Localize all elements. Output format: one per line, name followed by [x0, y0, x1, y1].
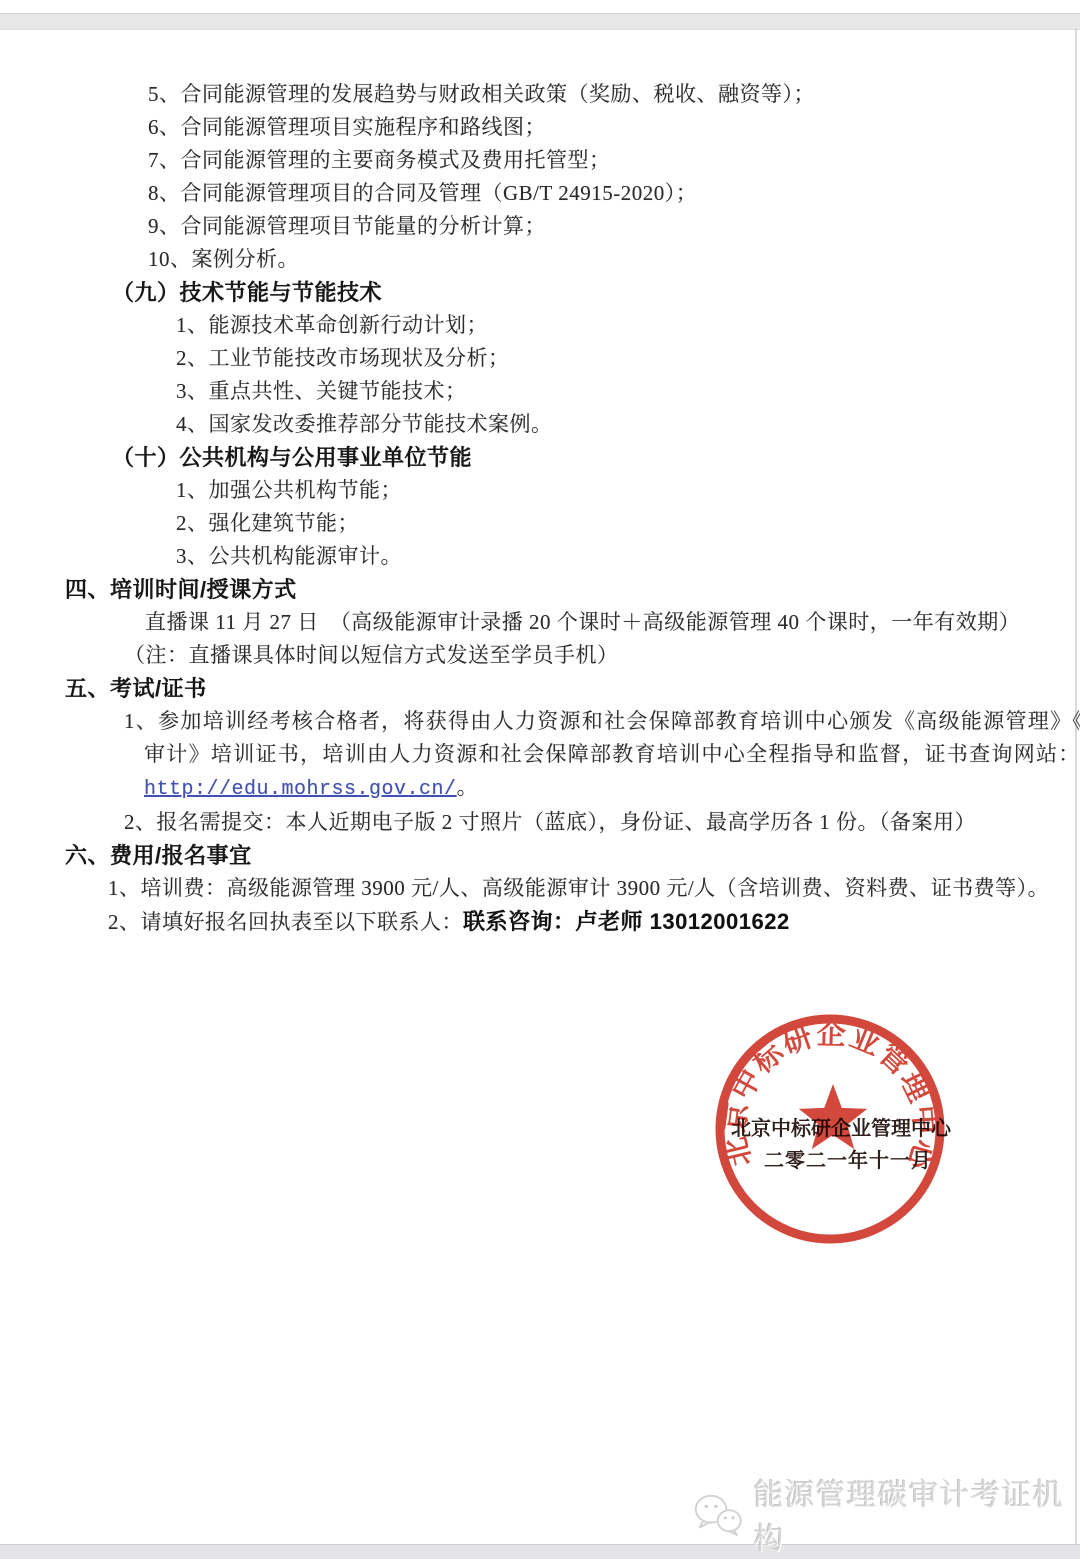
schedule-line: 直播课 11 月 27 日 （高级能源审计录播 20 个课时＋高级能源管理 40…	[0, 606, 1076, 639]
enrollment-materials-line: 2、报名需提交：本人近期电子版 2 寸照片（蓝底），身份证、最高学历各 1 份。…	[0, 806, 1076, 839]
cert-query-link[interactable]: http://edu.mohrss.gov.cn/	[144, 778, 457, 801]
page-break-band-top	[0, 13, 1080, 30]
list-item: 9、合同能源管理项目节能量的分析计算；	[0, 210, 1076, 243]
list-item: 1、能源技术革命创新行动计划；	[0, 309, 1076, 342]
section-heading-5: 五、考试/证书	[0, 672, 1076, 705]
section-heading-6: 六、费用/报名事宜	[0, 839, 1076, 872]
contact-line: 2、请填好报名回执表至以下联系人：联系咨询：卢老师 13012001622	[0, 905, 1076, 939]
list-item: 3、重点共性、关键节能技术；	[0, 375, 1076, 408]
list-item: 10、案例分析。	[0, 243, 1076, 276]
list-item: 1、加强公共机构节能；	[0, 474, 1076, 507]
list-item: 2、强化建筑节能；	[0, 507, 1076, 540]
wechat-icon	[690, 1490, 746, 1538]
list-item: 4、国家发改委推荐部分节能技术案例。	[0, 408, 1076, 441]
contact-phone: 联系咨询：卢老师 13012001622	[463, 909, 790, 934]
section-heading-9: （九）技术节能与节能技术	[0, 276, 1076, 309]
document-body: 5、合同能源管理的发展趋势与财政相关政策（奖励、税收、融资等）； 6、合同能源管…	[0, 78, 1076, 939]
list-item: 6、合同能源管理项目实施程序和路线图；	[0, 111, 1076, 144]
list-item: 3、公共机构能源审计。	[0, 540, 1076, 573]
contact-prefix: 2、请填好报名回执表至以下联系人：	[108, 910, 463, 934]
cert-paragraph-line: 审计》培训证书，培训由人力资源和社会保障部教育培训中心全程指导和监督，证书查询网…	[0, 738, 1076, 771]
link-suffix: 。	[457, 775, 479, 799]
fee-line: 1、培训费：高级能源管理 3900 元/人、高级能源审计 3900 元/人（含培…	[0, 872, 1076, 905]
schedule-note: （注：直播课具体时间以短信方式发送至学员手机）	[0, 639, 1076, 672]
cert-paragraph-line: 1、参加培训经考核合格者，将获得由人力资源和社会保障部教育培训中心颁发《高级能源…	[0, 705, 1076, 738]
section-heading-10: （十）公共机构与公用事业单位节能	[0, 441, 1076, 474]
cert-link-line: http://edu.mohrss.gov.cn/。	[0, 771, 1076, 806]
list-item: 2、工业节能技改市场现状及分析；	[0, 342, 1076, 375]
list-item: 7、合同能源管理的主要商务模式及费用托管型；	[0, 144, 1076, 177]
section-heading-4: 四、培训时间/授课方式	[0, 573, 1076, 606]
watermark-text: 能源管理碳审计考证机构	[754, 1470, 1080, 1558]
list-item: 5、合同能源管理的发展趋势与财政相关政策（奖励、税收、融资等）；	[0, 78, 1076, 111]
seal-graphic: 北京中标研企业管理中心 二零二一年十一月 北京中标研企业管理中心	[703, 1003, 959, 1259]
list-item: 8、合同能源管理项目的合同及管理（GB/T 24915-2020）；	[0, 177, 1076, 210]
footer-watermark: 能源管理碳审计考证机构	[690, 1488, 1080, 1540]
company-seal: 北京中标研企业管理中心 二零二一年十一月 北京中标研企业管理中心	[703, 1003, 959, 1259]
